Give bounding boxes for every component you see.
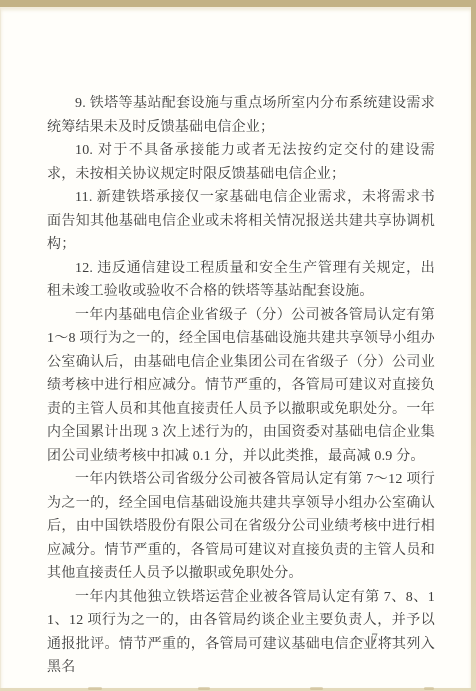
list-item-11: 11. 新建铁塔承接仅一家基础电信企业需求，未将需求书面告知其他基础电信企业或未… — [47, 186, 435, 257]
paragraph-telecom-penalty: 一年内基础电信企业省级子（分）公司被各管局认定有第 1～8 项行为之一的，经全国… — [47, 304, 435, 469]
list-item-10: 10. 对于不具备承接能力或者无法按约定交付的建设需求，未按相关协议规定时限反馈… — [47, 139, 435, 186]
page-number: — 7 — — [351, 630, 400, 646]
document-page: 9. 铁塔等基站配套设施与重点场所室内分布系统建设需求统筹结果未及时反馈基础电信… — [0, 7, 471, 688]
scan-artifact — [88, 687, 102, 690]
scan-artifact — [198, 687, 210, 690]
scan-artifact — [424, 687, 434, 690]
scan-artifact — [310, 687, 323, 690]
paragraph-tower-company-penalty: 一年内铁塔公司省级分公司被各管局认定有第 7～12 项行为之一的，经全国电信基础… — [47, 468, 435, 586]
list-item-12: 12. 违反通信建设工程质量和安全生产管理有关规定，出租未竣工验收或验收不合格的… — [47, 257, 435, 304]
document-body-text: 9. 铁塔等基站配套设施与重点场所室内分布系统建设需求统筹结果未及时反馈基础电信… — [47, 92, 435, 680]
list-item-9: 9. 铁塔等基站配套设施与重点场所室内分布系统建设需求统筹结果未及时反馈基础电信… — [47, 92, 435, 139]
